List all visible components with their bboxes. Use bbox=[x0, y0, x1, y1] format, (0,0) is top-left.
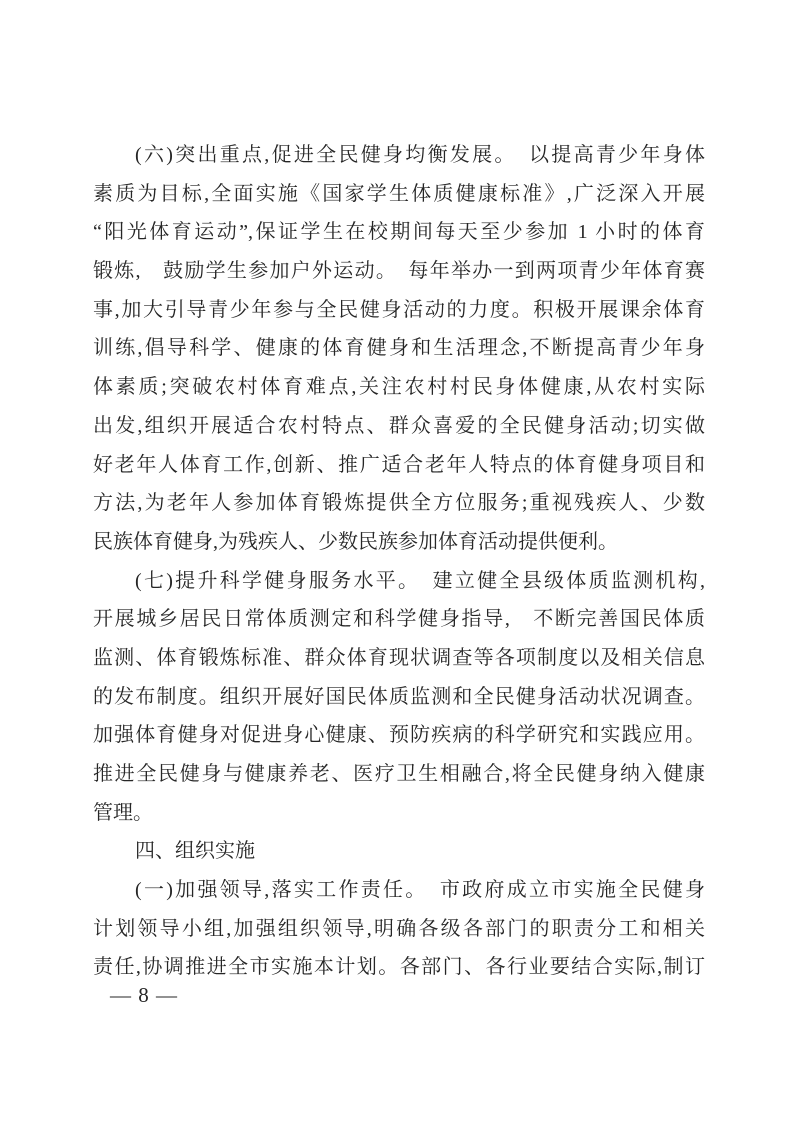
text-line: 的发布制度。组织开展好国民体质监测和全民健身活动状况调查。 bbox=[93, 678, 705, 717]
text-line: 出发,组织开展适合农村特点、群众喜爱的全民健身活动;切实做 bbox=[93, 407, 705, 446]
text-line: “阳光体育运动”,保证学生在校期间每天至少参加 1 小时的体育 bbox=[93, 213, 705, 252]
text-line: 推进全民健身与健康养老、医疗卫生相融合,将全民健身纳入健康 bbox=[93, 755, 705, 794]
document-body: (六)突出重点,促进全民健身均衡发展。 以提高青少年身体素质为目标,全面实施《国… bbox=[93, 136, 705, 987]
text-line: 训练,倡导科学、健康的体育健身和生活理念,不断提高青少年身 bbox=[93, 329, 705, 368]
text-line: 开展城乡居民日常体质测定和科学健身指导, 不断完善国民体质 bbox=[93, 600, 705, 639]
page-number: — 8 — bbox=[110, 984, 178, 1006]
text-line: 监测、体育锻炼标准、群众体育现状调查等各项制度以及相关信息 bbox=[93, 639, 705, 678]
text-line: (七)提升科学健身服务水平。 建立健全县级体质监测机构, bbox=[93, 562, 705, 601]
text-line: 四、组织实施 bbox=[93, 832, 705, 871]
text-line: 民族体育健身,为残疾人、少数民族参加体育活动提供便利。 bbox=[93, 523, 705, 562]
text-line: 管理。 bbox=[93, 794, 705, 833]
text-line: (六)突出重点,促进全民健身均衡发展。 以提高青少年身体 bbox=[93, 136, 705, 175]
text-line: 锻炼, 鼓励学生参加户外运动。 每年举办一到两项青少年体育赛 bbox=[93, 252, 705, 291]
text-line: (一)加强领导,落实工作责任。 市政府成立市实施全民健身 bbox=[93, 871, 705, 910]
document-page: (六)突出重点,促进全民健身均衡发展。 以提高青少年身体素质为目标,全面实施《国… bbox=[0, 0, 793, 1122]
text-line: 计划领导小组,加强组织领导,明确各级各部门的职责分工和相关 bbox=[93, 910, 705, 949]
text-line: 体素质;突破农村体育难点,关注农村村民身体健康,从农村实际 bbox=[93, 368, 705, 407]
text-line: 好老年人体育工作,创新、推广适合老年人特点的体育健身项目和 bbox=[93, 446, 705, 485]
text-line: 素质为目标,全面实施《国家学生体质健康标准》,广泛深入开展 bbox=[93, 175, 705, 214]
text-line: 责任,协调推进全市实施本计划。各部门、各行业要结合实际,制订 bbox=[93, 948, 705, 987]
text-line: 事,加大引导青少年参与全民健身活动的力度。积极开展课余体育 bbox=[93, 291, 705, 330]
text-line: 加强体育健身对促进身心健康、预防疾病的科学研究和实践应用。 bbox=[93, 716, 705, 755]
text-line: 方法,为老年人参加体育锻炼提供全方位服务;重视残疾人、少数 bbox=[93, 484, 705, 523]
